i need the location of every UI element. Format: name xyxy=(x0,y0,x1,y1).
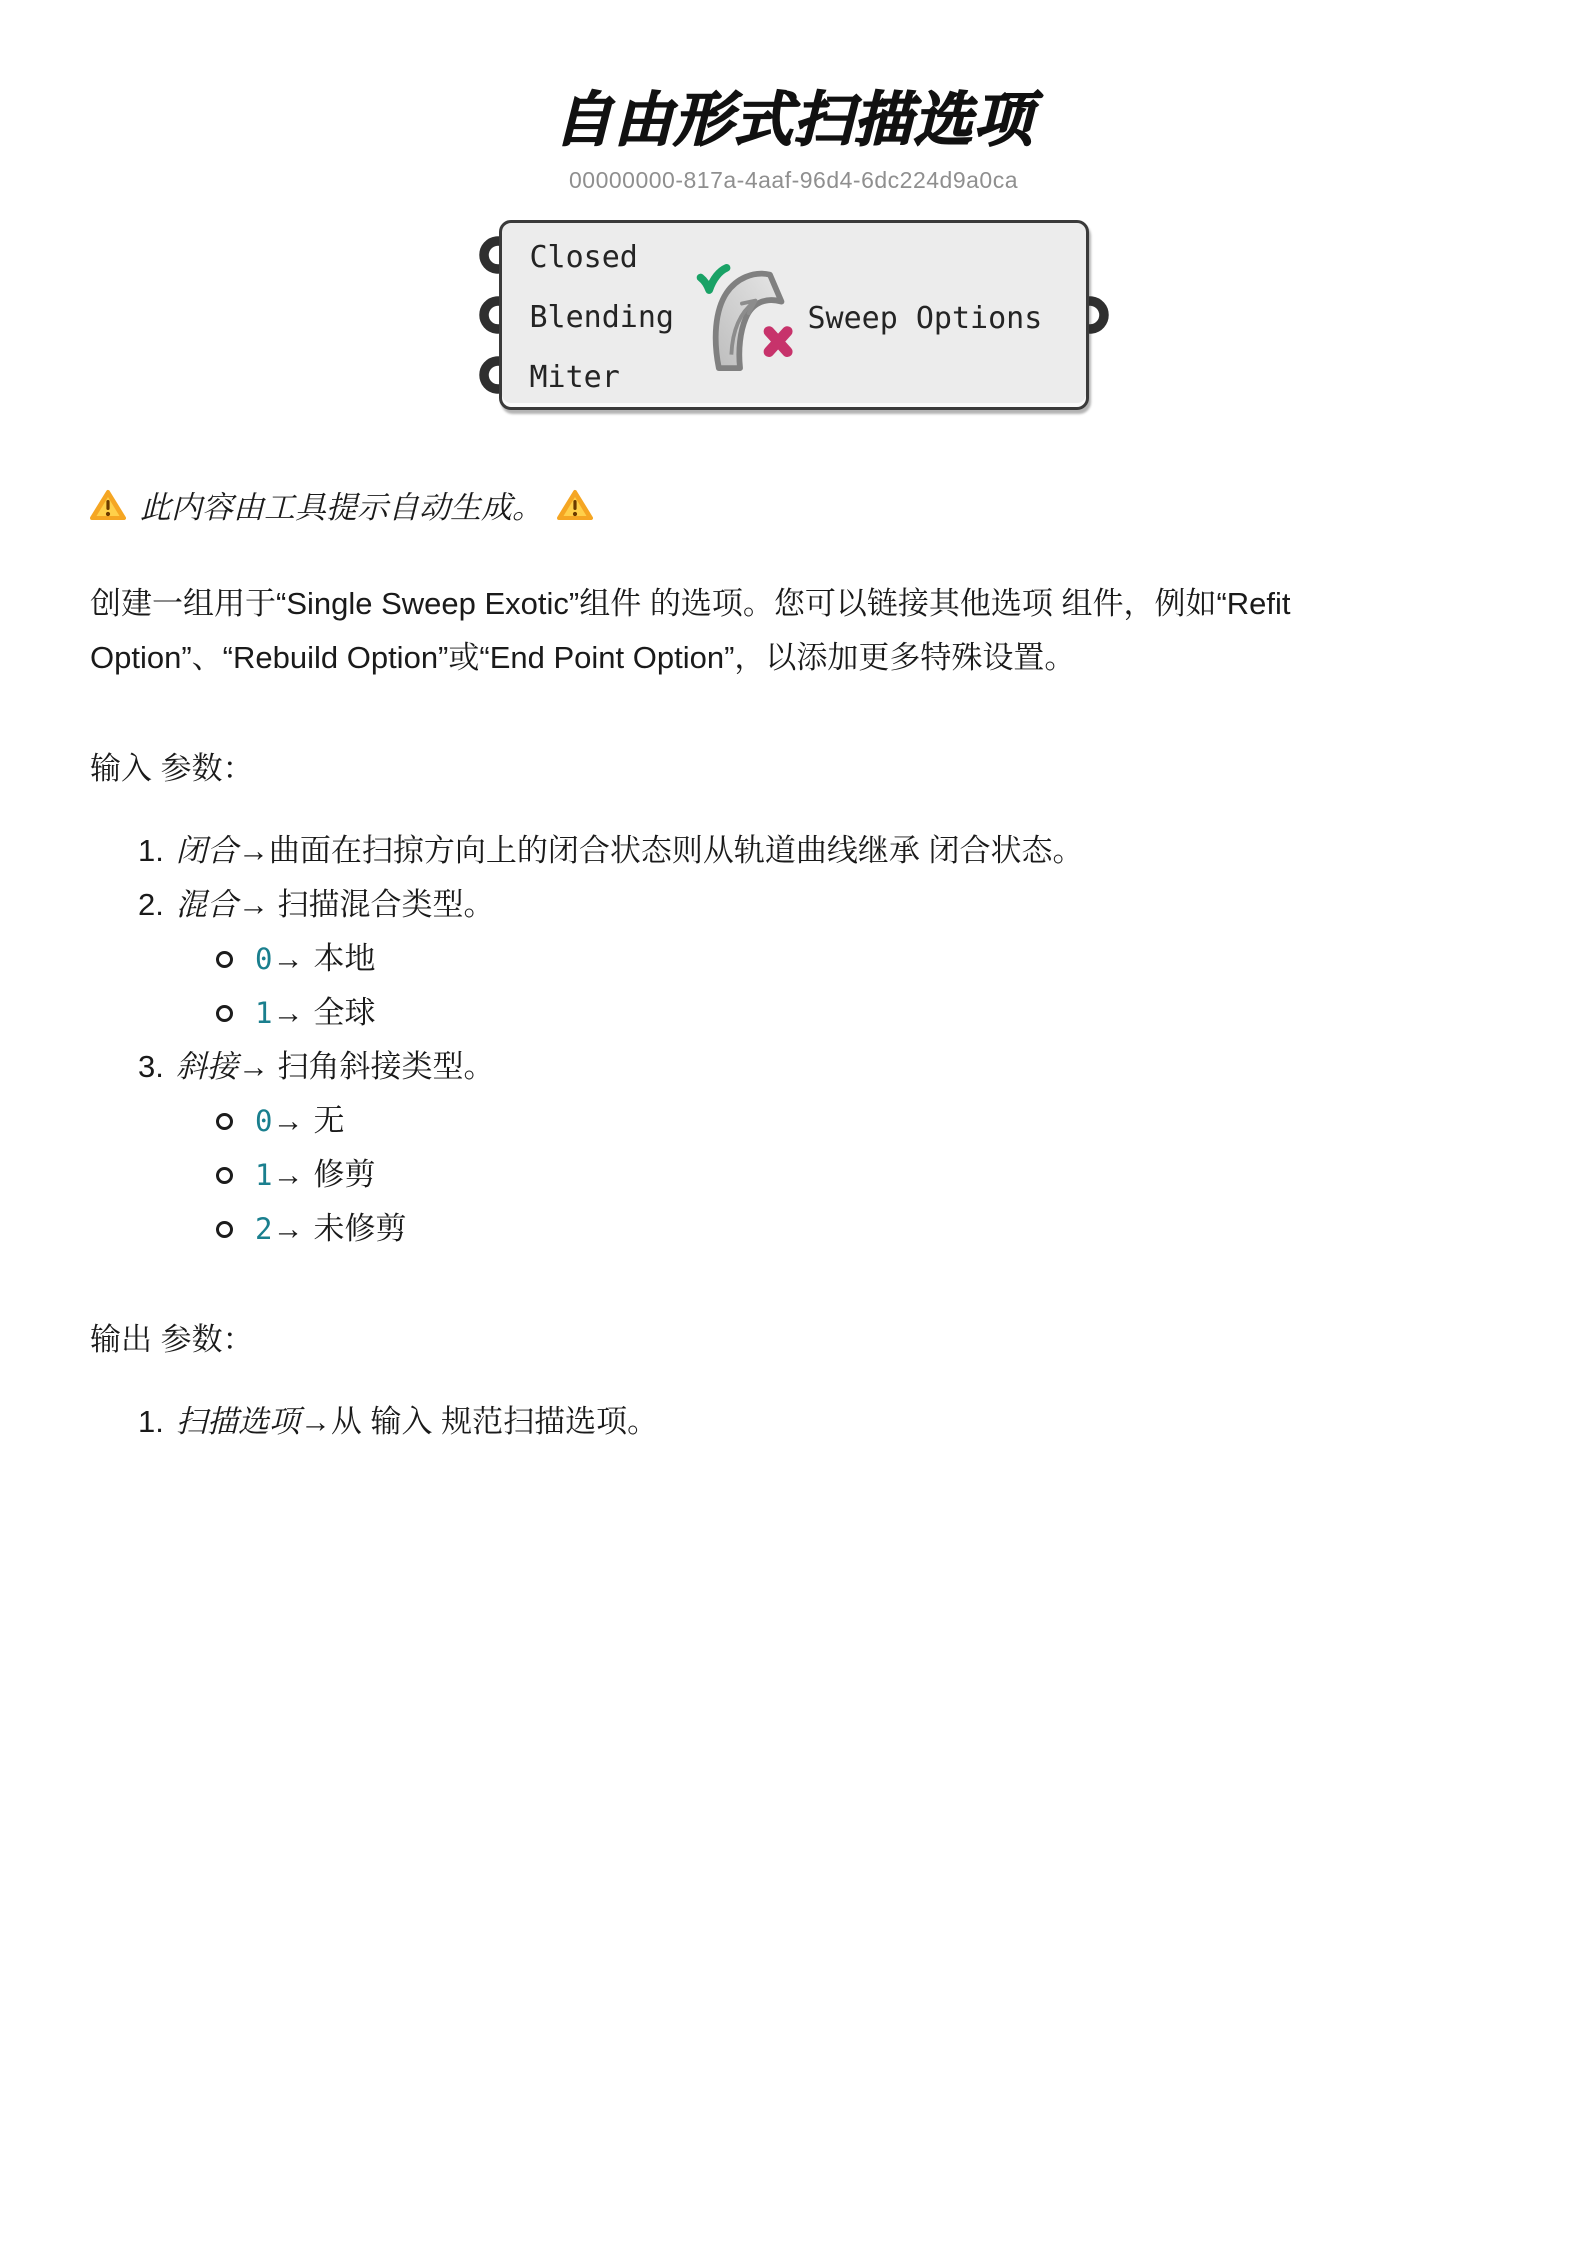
option-item: 0→无 xyxy=(90,1094,1587,1148)
inputs-list: 1.闭合→曲面在扫掠方向上的闭合状态则从轨道曲线继承 闭合状态。 2.混合→ 扫… xyxy=(90,824,1587,1256)
component-label: Sweep Options xyxy=(808,301,1043,336)
list-item-closed: 1.闭合→曲面在扫掠方向上的闭合状态则从轨道曲线继承 闭合状态。 xyxy=(90,824,1587,878)
option-item: 0→本地 xyxy=(90,932,1587,986)
cross-icon xyxy=(768,331,786,351)
list-item-blending: 2.混合→ 扫描混合类型。 xyxy=(90,878,1587,932)
outputs-list: 1.扫描选项→从 输入 规范扫描选项。 xyxy=(90,1395,1587,1449)
arrow-glyph: → xyxy=(272,986,303,1040)
outputs-heading: 输出 参数： xyxy=(90,1314,1587,1359)
arrow-glyph: → xyxy=(238,833,269,868)
circle-bullet-icon xyxy=(216,1167,233,1184)
circle-bullet-icon xyxy=(216,1113,233,1130)
option-code: 1 xyxy=(255,986,272,1040)
param-name: 斜接 xyxy=(176,1049,238,1084)
item-number: 2. xyxy=(138,878,164,932)
component-diagram: Closed Blending Miter xyxy=(499,220,1089,410)
option-code: 1 xyxy=(255,1148,272,1202)
arrow-glyph: → xyxy=(272,932,303,986)
param-name: 混合 xyxy=(176,887,238,922)
arrow-glyph: → xyxy=(272,1148,303,1202)
arrow-glyph: → xyxy=(238,887,269,922)
option-code: 0 xyxy=(255,1094,272,1148)
option-label: 修剪 xyxy=(313,1148,375,1202)
arrow-glyph: → xyxy=(272,1202,303,1256)
circle-bullet-icon xyxy=(216,1005,233,1022)
option-item: 1→修剪 xyxy=(90,1148,1587,1202)
inputs-heading: 输入 参数： xyxy=(90,743,1587,788)
check-icon xyxy=(700,268,726,290)
page-title: 自由形式扫描选项 xyxy=(0,0,1587,157)
circle-bullet-icon xyxy=(216,951,233,968)
param-desc: 扫角斜接类型。 xyxy=(269,1049,495,1084)
input-label-miter: Miter xyxy=(530,361,620,395)
component-card: Closed Blending Miter xyxy=(499,220,1089,410)
option-item: 2→未修剪 xyxy=(90,1202,1587,1256)
list-item-sweep-options: 1.扫描选项→从 输入 规范扫描选项。 xyxy=(90,1395,1587,1449)
param-desc: 扫描混合类型。 xyxy=(269,887,495,922)
param-name: 闭合 xyxy=(176,833,238,868)
option-label: 本地 xyxy=(313,932,375,986)
option-label: 未修剪 xyxy=(313,1202,406,1256)
item-number: 1. xyxy=(138,824,164,878)
arrow-glyph: → xyxy=(238,1049,269,1084)
param-name: 扫描选项 xyxy=(176,1404,300,1439)
param-desc: 从 输入 规范扫描选项。 xyxy=(331,1404,658,1439)
input-label-closed: Closed xyxy=(530,241,638,275)
arrow-glyph: → xyxy=(272,1094,303,1148)
param-desc: 曲面在扫掠方向上的闭合状态则从轨道曲线继承 闭合状态。 xyxy=(269,833,1084,868)
item-number: 3. xyxy=(138,1040,164,1094)
list-item-miter: 3.斜接→ 扫角斜接类型。 xyxy=(90,1040,1587,1094)
input-label-blending: Blending xyxy=(530,301,675,335)
warning-icon xyxy=(557,489,593,521)
circle-bullet-icon xyxy=(216,1221,233,1238)
option-item: 1→全球 xyxy=(90,986,1587,1040)
auto-generated-notice: 此内容由工具提示自动生成。 xyxy=(90,482,1587,527)
description: 创建一组用于“Single Sweep Exotic”组件 的选项。您可以链接其… xyxy=(90,577,1499,685)
option-label: 全球 xyxy=(313,986,375,1040)
component-guid: 00000000-817a-4aaf-96d4-6dc224d9a0ca xyxy=(0,167,1587,194)
option-code: 0 xyxy=(255,932,272,986)
arrow-glyph: → xyxy=(300,1404,331,1439)
warning-icon xyxy=(90,489,126,521)
sweep-options-icon xyxy=(688,259,794,377)
option-label: 无 xyxy=(313,1094,344,1148)
document-page: 自由形式扫描选项 00000000-817a-4aaf-96d4-6dc224d… xyxy=(0,0,1587,2244)
notice-text: 此内容由工具提示自动生成。 xyxy=(140,482,543,527)
option-code: 2 xyxy=(255,1202,272,1256)
item-number: 1. xyxy=(138,1395,164,1449)
